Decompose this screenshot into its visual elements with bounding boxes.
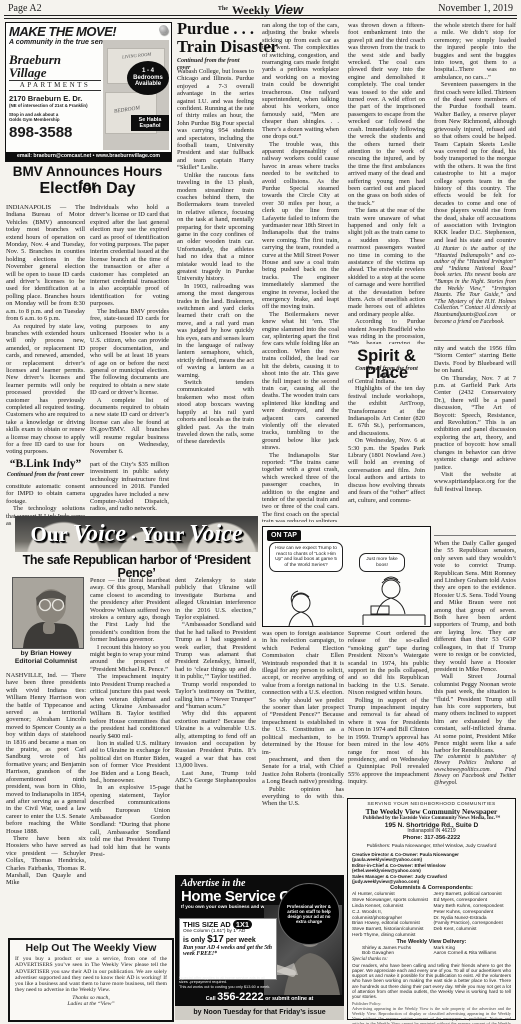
mh-columnists-left: Al Hunter, columnistSteve Nicewanger, sp… bbox=[352, 892, 430, 938]
braeburn-village-ad: MAKE THE MOVE! A community in the true s… bbox=[5, 22, 172, 162]
bmv-article-col1: INDIANAPOLIS — The Indiana Bureau of Mot… bbox=[6, 204, 85, 456]
editorial-col6: When the Daily Caller gauged the 55 Repu… bbox=[434, 540, 516, 752]
hsg-price: $17 bbox=[207, 934, 224, 945]
mh-delivery-right: Mark KingAaron Cornell & Rita Williams bbox=[434, 946, 502, 958]
column-divider bbox=[434, 340, 516, 341]
ad-make-the-move: MAKE THE MOVE! bbox=[9, 25, 139, 39]
mh-thanks-body: Our readers, who have been calling and t… bbox=[352, 963, 511, 999]
brian-howey-photo bbox=[12, 577, 84, 649]
editorial-col4: was open to foreign assistance in his re… bbox=[262, 630, 344, 870]
braeburn-address-note: (NE of intersection of 21st & Franklin) bbox=[9, 103, 101, 108]
braeburn-golds-note: Stop in and ask about a Golds Gym Member… bbox=[9, 112, 69, 122]
box-label-livingroom: LIVING ROOM bbox=[122, 51, 152, 59]
mh-delivery-left: Shirley & James FuchsBob Gavaghen bbox=[362, 946, 430, 958]
mh-owner2: Editor-in-Chief & Co-Owner: Ethel Winslo… bbox=[352, 863, 511, 874]
newspaper-page: Page A2 The Weekly View November 1, 2019… bbox=[0, 0, 521, 1024]
train-headline-line1: Purdue . . . bbox=[177, 21, 254, 38]
header-rule-top bbox=[4, 15, 517, 16]
header-rule-bottom bbox=[4, 18, 517, 19]
bmv-article-col2: Individuals who hold a driver’s license … bbox=[90, 204, 169, 456]
braeburn-phone: 898-3588 bbox=[9, 125, 101, 141]
mh-publishers: Publishers: Paula Nicewanger, Ethel Wins… bbox=[352, 844, 511, 850]
author-bio: Al Hunter is the author of the “Haunted … bbox=[434, 246, 516, 336]
our-voice-banner-text: Our Voice • Your Voice bbox=[15, 516, 258, 555]
on-tap-political-cartoon: ON TAP How can we expect Trump to react … bbox=[262, 526, 431, 627]
mh-publisher-line: Published by the Eastside Voice Communit… bbox=[352, 816, 511, 822]
help-out-box: Help Out The Weekly View If you buy a pr… bbox=[8, 938, 174, 1022]
hsg-this-size: THIS SIZE AD bbox=[183, 920, 231, 929]
braeburn-address: 2170 Braeburn E. Dr. bbox=[9, 94, 101, 103]
byline-name: by Brian Howey bbox=[6, 650, 86, 658]
train-col4: the whole stretch there for half a mile.… bbox=[434, 22, 516, 242]
editorial-col2: Pence — the literal heartbeat away. Of t… bbox=[90, 577, 170, 933]
bedrooms-available-bubble: 1 - 4 Bedrooms Available bbox=[127, 61, 169, 95]
train-col1: Wabash College, but losses to Chicago an… bbox=[177, 68, 254, 512]
mh-policy-body: Advertising appearing in the Weekly View… bbox=[352, 1006, 511, 1024]
blink-continued-line: Continued from the front cover bbox=[6, 472, 85, 479]
editorial-tagline: The columnist is publisher of Howey Poli… bbox=[434, 754, 516, 794]
byline: by Brian Howey Editorial Columnist bbox=[6, 650, 86, 665]
help-out-title: Help Out The Weekly View bbox=[10, 942, 172, 955]
hsg-promo: Run your AD 4 weeks and get the 5th week… bbox=[183, 945, 273, 958]
mh-columnists-right: Jerry Barnett, political cartoonistEd My… bbox=[434, 892, 512, 938]
hsg-phone-number: 356-2222 bbox=[217, 991, 264, 1003]
cartoon-drawing bbox=[263, 527, 430, 626]
byline-title: Editorial Columnist bbox=[6, 658, 86, 666]
braeburn-logo: Braeburn Village bbox=[9, 53, 101, 79]
se-habla-espanol-badge: Se Habla Español bbox=[131, 115, 169, 131]
mh-phone: Phone: 317-356-2222 bbox=[352, 835, 511, 842]
pushpin-icon bbox=[159, 25, 168, 34]
hsg-deadline-strip: by Noon Tuesday for that Friday’s issue bbox=[175, 1006, 344, 1020]
mh-owner1: Creative Director & Co-Owner: Paula Nice… bbox=[352, 852, 511, 863]
bmv-headline-line2: Election Day bbox=[5, 181, 170, 198]
hsg-size-box: THIS SIZE AD 1X1 One Column (1.61″) by 1… bbox=[179, 918, 277, 980]
braeburn-apartments: APARTMENTS bbox=[9, 80, 101, 91]
editorial-col1: NASHVILLE, Ind. — There have been three … bbox=[6, 672, 86, 932]
train-col3: was thrown down a fifteen-foot embankmen… bbox=[348, 22, 425, 344]
hsg-fine-print: *special offer applies to all home servi… bbox=[179, 976, 271, 989]
moving-boxes-photo: LIVING ROOM BEDROOM bbox=[103, 40, 169, 150]
blink-indy-headline: “B.Link Indy” bbox=[6, 459, 85, 471]
masthead-info-box: SERVING YOUR NEIGHBORHOOD COMMUNITIES Th… bbox=[347, 798, 516, 1020]
editorial-col3: dent Zelenskyy to state publicly that Uk… bbox=[175, 577, 256, 869]
mh-paper-name: The Weekly View Community Newspaper bbox=[352, 808, 511, 816]
hsg-circle-note: Professional writer & artist on staff to… bbox=[278, 883, 340, 945]
hsg-1x1-badge: 1X1 bbox=[233, 920, 252, 929]
masthead-the: The bbox=[218, 6, 228, 12]
help-out-body: If you buy a product or use a service, f… bbox=[10, 955, 172, 995]
braeburn-contact-bar: email: braeburn@comcast.net • www.braebu… bbox=[6, 152, 171, 161]
help-out-sig2: Ladies at the “View” bbox=[10, 1001, 172, 1007]
home-service-guide-ad: Advertise in the Home Service Guide If y… bbox=[175, 875, 344, 1020]
spirit-col1: of Central Indiana.Highlights of the ten… bbox=[348, 378, 425, 524]
mh-delivery-header: The Weekly View Delivery: bbox=[352, 939, 511, 946]
box-label-bedroom: BEDROOM bbox=[114, 105, 141, 115]
mh-owner3: Sales Manager & Co-Owner: Judy Crawford … bbox=[352, 874, 511, 885]
train-col2: ran along the top of the cars, adjusting… bbox=[262, 22, 339, 522]
editorial-col5: Supreme Court ordered the release of the… bbox=[348, 630, 429, 792]
spirit-col2: nity and watch the 1956 film “Storm Cent… bbox=[434, 345, 516, 531]
our-voice-banner: Our Voice • Your Voice bbox=[15, 516, 258, 552]
column-divider bbox=[434, 535, 516, 536]
issue-date: November 1, 2019 bbox=[438, 3, 513, 14]
